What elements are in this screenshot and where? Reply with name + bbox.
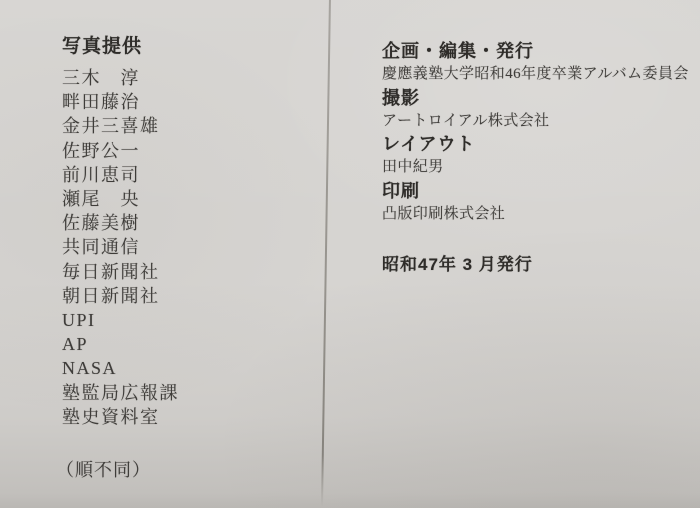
- photo-credit-item: AP: [62, 332, 179, 356]
- photo-credit-item: 毎日新聞社: [62, 260, 179, 284]
- layout-heading: レイアウト: [382, 133, 689, 156]
- planning-editing-publishing-heading: 企画・編集・発行: [382, 40, 689, 63]
- photo-credit-item: 佐藤美樹: [62, 211, 179, 235]
- layout-value: 田中紀男: [382, 156, 689, 179]
- printing-heading: 印刷: [382, 180, 689, 203]
- photo-credit-item: NASA: [62, 356, 179, 380]
- photo-credits-order-note: （順不同）: [56, 456, 179, 482]
- photo-credits-section: 写真提供 三木 淳 畔田藤治 金井三喜雄 佐野公一 前川恵司 瀬尾 央 佐藤美樹…: [62, 36, 179, 482]
- publication-info-section: 企画・編集・発行 慶應義塾大学昭和46年度卒業アルバム委員会 撮影 アートロイア…: [382, 40, 689, 276]
- photo-credit-item: 朝日新聞社: [62, 284, 179, 308]
- photo-credit-item: UPI: [62, 308, 179, 332]
- colophon-page: 写真提供 三木 淳 畔田藤治 金井三喜雄 佐野公一 前川恵司 瀬尾 央 佐藤美樹…: [0, 0, 700, 508]
- photo-credit-item: 瀬尾 央: [62, 187, 179, 211]
- planning-editing-publishing-value: 慶應義塾大学昭和46年度卒業アルバム委員会: [382, 63, 689, 86]
- photo-credit-item: 共同通信: [62, 235, 179, 259]
- photo-credit-item: 前川恵司: [62, 163, 179, 187]
- photo-credit-item: 塾監局広報課: [62, 381, 179, 405]
- photography-value: アートロイアル株式会社: [382, 110, 689, 133]
- page-gutter-line: [321, 0, 331, 506]
- photo-credit-item: 佐野公一: [62, 139, 179, 163]
- photo-credit-item: 金井三喜雄: [62, 114, 179, 138]
- photo-credit-item: 塾史資料室: [62, 405, 179, 429]
- printing-value: 凸版印刷株式会社: [382, 203, 689, 226]
- photo-credits-heading: 写真提供: [62, 36, 179, 58]
- publication-date: 昭和47年 3 月発行: [382, 253, 689, 276]
- photo-credit-item: 三木 淳: [62, 66, 179, 90]
- photography-heading: 撮影: [382, 87, 689, 110]
- photo-credit-item: 畔田藤治: [62, 90, 179, 114]
